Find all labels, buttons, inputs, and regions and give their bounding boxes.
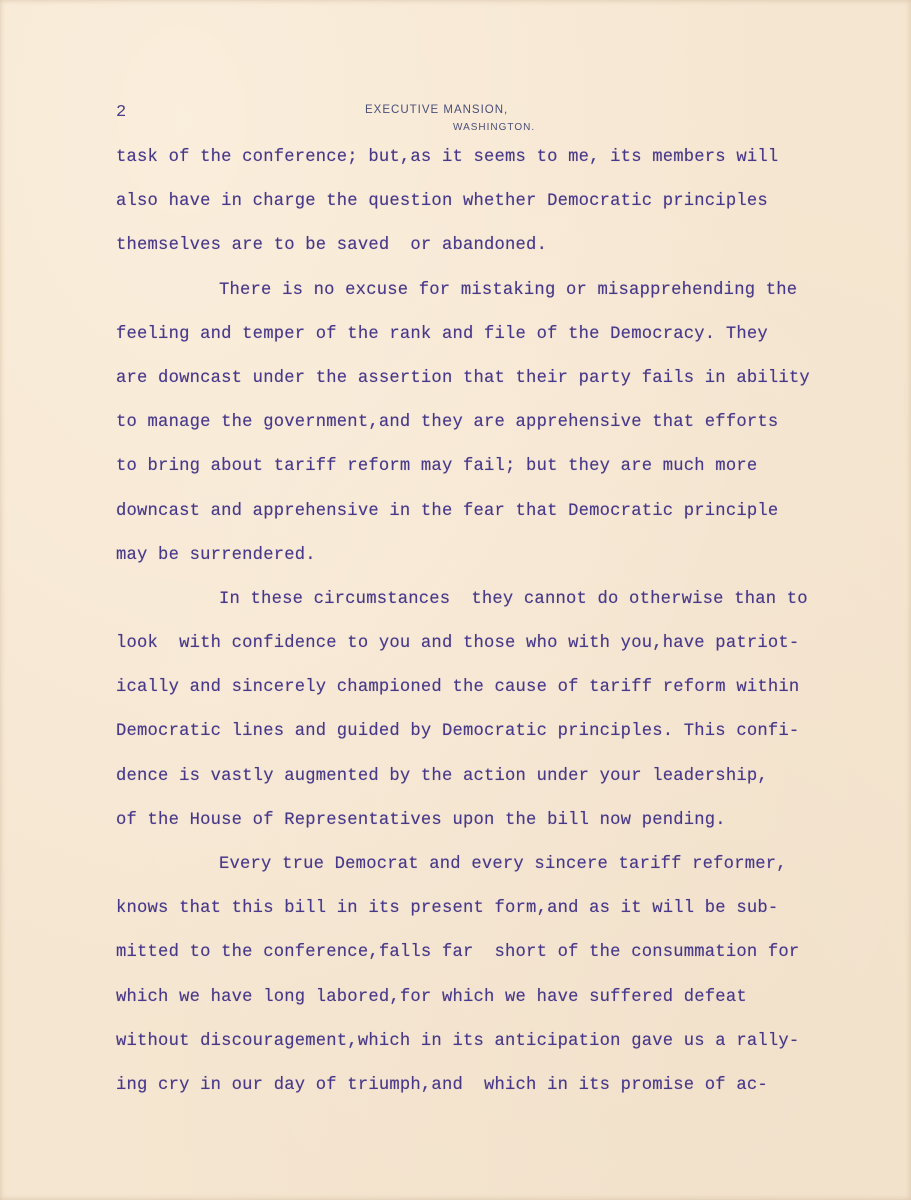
- letterhead: EXECUTIVE MANSION, WASHINGTON.: [365, 104, 535, 133]
- text-line: are downcast under the assertion that th…: [116, 367, 896, 411]
- text-line: knows that this bill in its present form…: [116, 897, 896, 941]
- letterhead-title: EXECUTIVE MANSION,: [365, 104, 535, 116]
- text-line: which we have long labored,for which we …: [116, 986, 896, 1030]
- text-line: also have in charge the question whether…: [116, 190, 896, 234]
- text-line: downcast and apprehensive in the fear th…: [116, 500, 896, 544]
- text-line: ically and sincerely championed the caus…: [116, 676, 896, 720]
- text-line: to manage the government,and they are ap…: [116, 411, 896, 455]
- text-line: mitted to the conference,falls far short…: [116, 941, 896, 985]
- text-line: without discouragement,which in its anti…: [116, 1030, 896, 1074]
- letter-page: 2 EXECUTIVE MANSION, WASHINGTON. task of…: [0, 0, 911, 1200]
- text-line: ing cry in our day of triumph,and which …: [116, 1074, 896, 1118]
- text-line: themselves are to be saved or abandoned.: [116, 234, 896, 278]
- letterhead-location: WASHINGTON.: [453, 122, 535, 133]
- text-line: may be surrendered.: [116, 544, 896, 588]
- text-line: dence is vastly augmented by the action …: [116, 765, 896, 809]
- text-line: look with confidence to you and those wh…: [116, 632, 896, 676]
- text-line: There is no excuse for mistaking or misa…: [116, 279, 896, 323]
- text-line: feeling and temper of the rank and file …: [116, 323, 896, 367]
- page-number: 2: [116, 103, 126, 122]
- text-line: Every true Democrat and every sincere ta…: [116, 853, 896, 897]
- letter-body: task of the conference; but,as it seems …: [116, 146, 896, 1118]
- text-line: to bring about tariff reform may fail; b…: [116, 455, 896, 499]
- text-line: of the House of Representatives upon the…: [116, 809, 896, 853]
- text-line: task of the conference; but,as it seems …: [116, 146, 896, 190]
- text-line: In these circumstances they cannot do ot…: [116, 588, 896, 632]
- text-line: Democratic lines and guided by Democrati…: [116, 720, 896, 764]
